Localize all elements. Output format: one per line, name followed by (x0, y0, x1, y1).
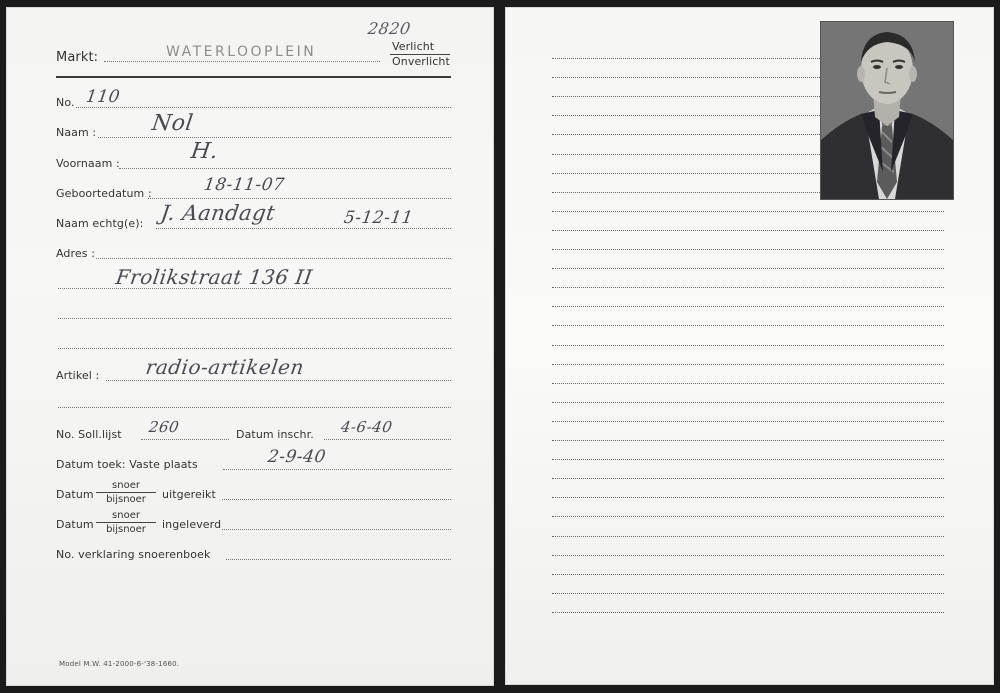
geboortedatum-value: 18-11-07 (203, 175, 286, 195)
datum-toek-value: 2-9-40 (267, 447, 328, 467)
ruled-line (552, 249, 944, 250)
datum-toek-line (223, 469, 451, 470)
naam-value: Nol (150, 111, 195, 136)
ruled-line (552, 612, 944, 613)
artikel-value: radio-artikelen (144, 355, 305, 379)
ruled-line (552, 192, 820, 193)
ruled-line (552, 364, 944, 365)
no-value: 110 (85, 87, 122, 107)
ruled-line (552, 154, 820, 155)
ruled-line (552, 287, 944, 288)
ruled-line (552, 402, 944, 403)
uitgereikt-prefix: Datum (56, 488, 94, 501)
voornaam-line (119, 168, 451, 169)
ingeleverd-fraction: snoer bijsnoer (96, 510, 156, 535)
ruled-line (552, 497, 944, 498)
datum-inschr-label: Datum inschr. (236, 428, 314, 441)
uitgereikt-line (222, 499, 451, 500)
soll-lijst-value: 260 (148, 418, 181, 436)
uitgereikt-fraction: snoer bijsnoer (96, 480, 156, 505)
geboortedatum-line (148, 198, 451, 199)
ruled-line (552, 58, 820, 59)
no-line (76, 107, 451, 108)
ruled-line (552, 211, 944, 212)
ruled-line (552, 574, 944, 575)
ruled-line (552, 555, 944, 556)
verklaring-label: No. verklaring snoerenboek (56, 548, 210, 561)
ruled-line (552, 516, 944, 517)
datum-toek-label: Datum toek: Vaste plaats (56, 458, 198, 471)
artikel-label: Artikel : (56, 369, 99, 382)
onverlicht-option: Onverlicht (392, 55, 450, 68)
ruled-line (552, 134, 820, 135)
form-model-number: Model M.W. 41-2000-6-'38-1660. (59, 660, 179, 668)
geboortedatum-label: Geboortedatum : (56, 187, 152, 200)
uitgereikt-frac-bottom: bijsnoer (96, 493, 156, 505)
ruled-line (552, 77, 820, 78)
registration-card-front: Markt: WATERLOOPLEIN 2820 Verlicht Onver… (6, 7, 494, 686)
ruled-line (552, 593, 944, 594)
ruled-line (552, 115, 820, 116)
adres-line-4 (58, 348, 451, 349)
uitgereikt-label: uitgereikt (162, 488, 216, 501)
verklaring-line (226, 559, 451, 560)
ruled-line (552, 440, 944, 441)
voornaam-value: H. (189, 139, 220, 164)
ruled-line (552, 230, 944, 231)
header-rule (56, 76, 451, 78)
adres-value: Frolikstraat 136 II (114, 265, 314, 289)
ruled-line (552, 536, 944, 537)
artikel-line (106, 380, 451, 381)
uitgereikt-frac-top: snoer (96, 480, 156, 493)
ruled-line (552, 383, 944, 384)
no-label: No. (56, 96, 75, 109)
ingeleverd-prefix: Datum (56, 518, 94, 531)
ruled-line (552, 173, 820, 174)
ruled-line (552, 459, 944, 460)
adres-line-3 (58, 318, 451, 319)
ingeleverd-frac-bottom: bijsnoer (96, 523, 156, 535)
artikel-line-2 (58, 407, 451, 408)
naam-echtge-value: J. Aandagt (159, 201, 277, 225)
naam-echtge-label: Naam echtg(e): (56, 217, 143, 230)
voornaam-label: Voornaam : (56, 157, 120, 170)
ruled-line (552, 268, 944, 269)
datum-inschr-line (324, 439, 451, 440)
ruled-line (552, 421, 944, 422)
naam-label: Naam : (56, 126, 96, 139)
naam-echtge-date: 5-12-11 (343, 208, 415, 228)
verlicht-option: Verlicht (392, 40, 434, 53)
naam-echtge-line (156, 228, 451, 229)
ruled-line (552, 478, 944, 479)
soll-lijst-line (141, 439, 229, 440)
ruled-line (552, 325, 944, 326)
ingeleverd-frac-top: snoer (96, 510, 156, 523)
adres-label: Adres : (56, 247, 95, 260)
ingeleverd-label: ingeleverd (162, 518, 221, 531)
datum-inschr-value: 4-6-40 (340, 418, 394, 436)
markt-value: WATERLOOPLEIN (166, 44, 316, 60)
ruled-line (552, 96, 820, 97)
registration-card-back (505, 7, 994, 685)
card-number: 2820 (367, 19, 412, 38)
ruled-line (552, 306, 944, 307)
soll-lijst-label: No. Soll.lijst (56, 428, 122, 441)
markt-dotted-line (104, 61, 380, 62)
naam-line (98, 137, 451, 138)
ingeleverd-line (222, 529, 451, 530)
ruled-line (552, 345, 944, 346)
portrait-photo (821, 22, 953, 199)
adres-line-1 (96, 258, 451, 259)
markt-label: Markt: (56, 50, 98, 65)
